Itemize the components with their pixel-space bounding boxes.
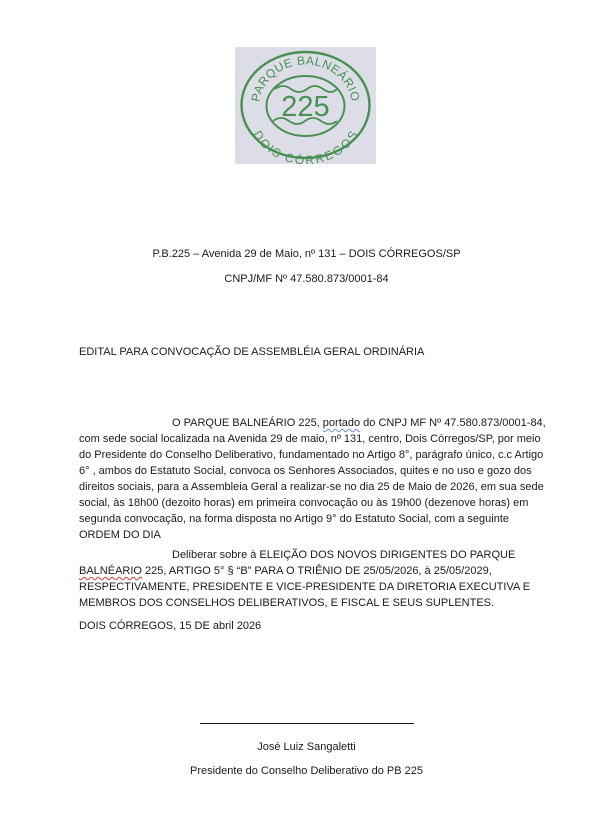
agenda-paragraph: Deliberar sobre à ELEIÇÃO DOS NOVOS DIRI… <box>79 547 549 611</box>
svg-text:225: 225 <box>281 91 329 123</box>
cnpj-line: CNPJ/MF Nº 47.580.873/0001-84 <box>0 273 613 285</box>
signer-name: José Luiz Sangaletti <box>0 741 613 753</box>
date-line: DOIS CÓRREGOS, 15 DE abril 2026 <box>79 620 261 632</box>
signature-line <box>200 723 414 724</box>
address-line: P.B.225 – Avenida 29 de Maio, nº 131 – D… <box>0 248 613 260</box>
convocation-paragraph: O PARQUE BALNEÁRIO 225, portado do CNPJ … <box>79 415 549 543</box>
seal-emblem-icon: PARQUE BALNEÁRIO DOIS CÓRREGOS 225 <box>235 47 376 164</box>
spellcheck-flagged-word[interactable]: portado <box>323 417 360 429</box>
signer-role: Presidente do Conselho Deliberativo do P… <box>0 765 613 777</box>
document-title: EDITAL PARA CONVOCAÇÃO DE ASSEMBLÉIA GER… <box>79 346 424 358</box>
organization-logo: PARQUE BALNEÁRIO DOIS CÓRREGOS 225 <box>235 47 376 164</box>
svg-text:DOIS CÓRREGOS: DOIS CÓRREGOS <box>250 128 360 164</box>
spellcheck-flagged-word[interactable]: BALNÉARIO <box>79 565 142 577</box>
